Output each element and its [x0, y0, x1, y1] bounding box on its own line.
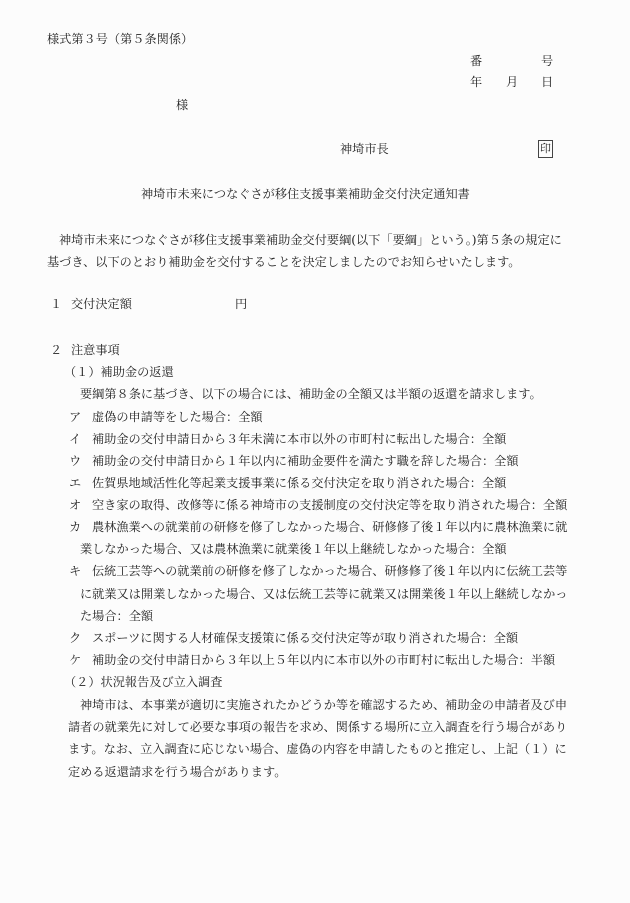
- seal-stamp: 印: [538, 140, 553, 158]
- item-text-continued: た場合：全額: [80, 608, 153, 624]
- addressee-suffix: 様: [176, 97, 188, 113]
- section-2-label: 注意事項: [71, 342, 120, 358]
- date-month-label: 月: [506, 74, 518, 90]
- item-text: 佐賀県地域活性化等起業支援事業に係る交付決定を取り消された場合：全額: [92, 475, 506, 491]
- form-number: 様式第３号（第５条関係）: [47, 31, 193, 47]
- sub-1-intro: 要綱第８条に基づき、以下の場合には、補助金の全額又は半額の返還を請求します。: [80, 386, 542, 402]
- item-marker: エ: [69, 475, 81, 491]
- item-text: 空き家の取得、改修等に係る神埼市の支援制度の交付決定等を取り消された場合：全額: [92, 497, 567, 513]
- item-marker: ア: [69, 409, 81, 425]
- item-text: スポーツに関する人材確保支援策に係る交付決定等が取り消された場合：全額: [92, 630, 518, 646]
- item-text: 農林漁業への就業前の研修を修了しなかった場合、研修修了後１年以内に農林漁業に就: [92, 519, 567, 535]
- sub-2-paragraph-line: 定める返還請求を行う場合があります。: [68, 764, 286, 780]
- section-2-number: ２: [50, 342, 62, 358]
- number-label-right: 号: [541, 53, 553, 69]
- item-marker: オ: [69, 497, 81, 513]
- issuer-name: 神埼市長: [340, 141, 389, 157]
- intro-line-2: 基づき、以下のとおり補助金を交付することを決定しましたのでお知らせいたします。: [47, 254, 520, 270]
- section-1-unit: 円: [235, 296, 247, 312]
- document-title: 神埼市未来につなぐさが移住支援事業補助金交付決定通知書: [141, 186, 470, 202]
- item-text: 補助金の交付申請日から３年未満に本市以外の市町村に転出した場合：全額: [92, 431, 506, 447]
- item-text: 虚偽の申請等をした場合：全額: [92, 409, 263, 425]
- sub-2-paragraph-line: 神埼市は、本事業が適切に実施されたかどうか等を確認するため、補助金の申請者及び申: [80, 697, 567, 713]
- item-text-continued: に就業又は開業しなかった場合、又は伝統工芸等に就業又は開業後１年以上継続しなかっ: [80, 586, 568, 602]
- date-year-label: 年: [470, 74, 482, 90]
- item-marker: イ: [69, 431, 81, 447]
- item-marker: ケ: [69, 652, 81, 668]
- item-marker: ク: [69, 630, 81, 646]
- item-text: 補助金の交付申請日から１年以内に補助金要件を満たす職を辞した場合：全額: [92, 453, 519, 469]
- item-marker: キ: [69, 563, 81, 579]
- item-text: 補助金の交付申請日から３年以上５年以内に本市以外の市町村に転出した場合：半額: [92, 652, 555, 668]
- sub-2-paragraph-line: 請者の就業先に対して必要な事項の報告を求め、関係する場所に立入調査を行う場合があ…: [68, 719, 567, 735]
- sub-1-heading: （１）補助金の返還: [64, 364, 174, 380]
- item-marker: カ: [69, 519, 81, 535]
- sub-2-paragraph-line: ます。なお、立入調査に応じない場合、虚偽の内容を申請したものと推定し、上記（１）…: [68, 741, 567, 757]
- section-1-label: 交付決定額: [71, 296, 132, 312]
- item-marker: ウ: [69, 453, 81, 469]
- item-text-continued: 業しなかった場合、又は農林漁業に就業後１年以上継続しなかった場合：全額: [80, 541, 507, 557]
- section-1-number: １: [50, 296, 62, 312]
- item-text: 伝統工芸等への就業前の研修を修了しなかった場合、研修修了後１年以内に伝統工芸等: [92, 563, 567, 579]
- date-day-label: 日: [541, 74, 553, 90]
- number-label-left: 番: [470, 53, 482, 69]
- sub-2-heading: （２）状況報告及び立入調査: [64, 674, 222, 690]
- intro-line-1: 神埼市未来につなぐさが移住支援事業補助金交付要綱(以下「要綱」という。)第５条の…: [59, 232, 562, 248]
